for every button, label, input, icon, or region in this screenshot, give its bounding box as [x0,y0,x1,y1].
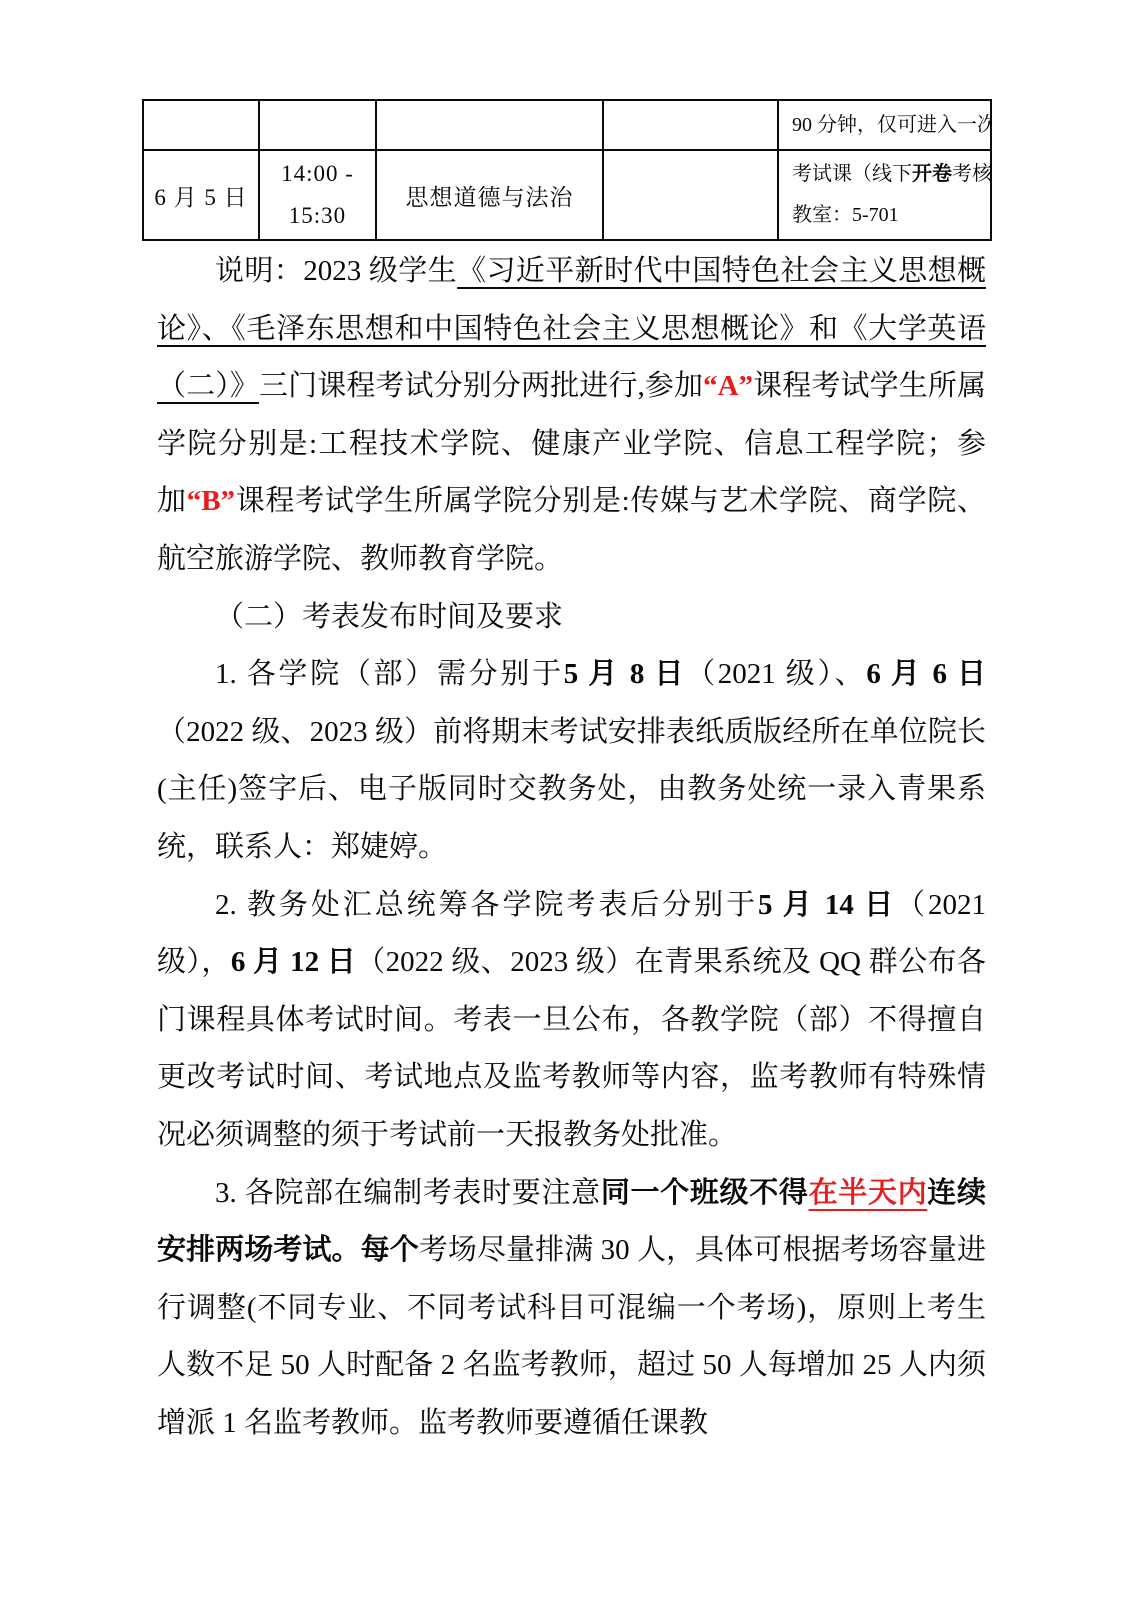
exam-schedule-table: 90 分钟，仅可进入一次。 6 月 5 日 14:00 - 15:30 思想道德… [142,99,992,241]
text-run: （2022 级、2023 级）前将期末考试安排表纸质版经所在单位院长(主任)签字… [157,716,986,863]
text-run: 教室：5-701 [792,204,899,226]
table-cell-empty [259,100,376,150]
text-run: 说明：2023 级学生 [215,255,457,287]
text-run: 三门课程考试分别分两批进行,参加 [259,370,703,402]
text-run: 90 分钟，仅可进入一次。 [792,114,991,136]
exam-time-end: 15:30 [260,195,375,237]
table-cell-empty [603,150,778,240]
exam-duration-note-cell: 90 分钟，仅可进入一次。 [778,100,991,150]
text-run: 6 月 12 日 [231,946,356,978]
document-page: 90 分钟，仅可进入一次。 6 月 5 日 14:00 - 15:30 思想道德… [0,0,1131,1600]
exam-time-cell: 14:00 - 15:30 [259,150,376,240]
text-run: 同一个班级不得 [601,1177,809,1209]
exam-time-start: 14:00 - [260,153,375,195]
text-run: （2021 级）、 [686,658,866,690]
exam-type-note: 考试课（线下开卷考核） [792,154,984,195]
text-run: “A” [703,370,753,402]
text-run: 1. 各学院（部）需分别于 [215,658,564,690]
text-run: 2. 教务处汇总统筹各学院考表后分别于 [215,889,758,921]
exam-type-cell: 考试课（线下开卷考核） 教室：5-701 [778,150,991,240]
text-run: 5 月 14 日 [758,889,896,921]
table-row-continuation: 90 分钟，仅可进入一次。 [143,100,991,150]
text-run: 5 月 8 日 [564,658,686,690]
text-run: 开卷 [912,163,952,185]
text-run: （二）考表发布时间及要求 [215,601,563,633]
text-run: 考试课（线下 [792,163,912,185]
paragraph-item-3: 3. 各院部在编制考表时要注意同一个班级不得在半天内连续安排两场考试。每个考场尽… [157,1165,986,1453]
table-cell-empty [603,100,778,150]
text-run: 3. 各院部在编制考表时要注意 [215,1177,601,1209]
text-run: 在半天内 [809,1177,928,1209]
exam-duration-note: 90 分钟，仅可进入一次。 [792,105,984,146]
document-body: 说明：2023 级学生《习近平新时代中国特色社会主义思想概论》、《毛泽东思想和中… [157,243,986,1452]
table-cell-empty [376,100,603,150]
section-heading-2: （二）考表发布时间及要求 [157,589,986,647]
text-run: “B” [187,485,235,517]
table-cell-empty [143,100,259,150]
paragraph-explanation: 说明：2023 级学生《习近平新时代中国特色社会主义思想概论》、《毛泽东思想和中… [157,243,986,589]
exam-room: 教室：5-701 [792,195,984,236]
paragraph-item-2: 2. 教务处汇总统筹各学院考表后分别于5 月 14 日（2021 级），6 月 … [157,877,986,1165]
exam-date-cell: 6 月 5 日 [143,150,259,240]
text-run: 6 月 6 日 [866,658,986,690]
paragraph-item-1: 1. 各学院（部）需分别于5 月 8 日（2021 级）、6 月 6 日（202… [157,646,986,876]
text-run: 课程考试学生所属学院分别是:传媒与艺术学院、商学院、航空旅游学院、教师教育学院。 [157,485,986,575]
table-row-exam: 6 月 5 日 14:00 - 15:30 思想道德与法治 考试课（线下开卷考核… [143,150,991,240]
exam-course-cell: 思想道德与法治 [376,150,603,240]
text-run: 考核） [952,163,991,185]
